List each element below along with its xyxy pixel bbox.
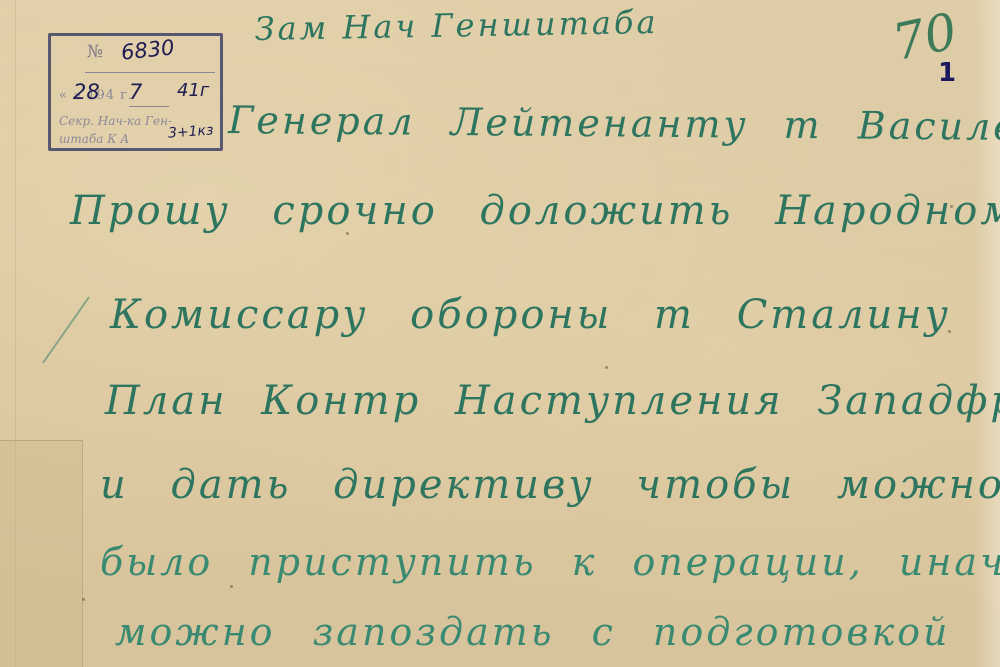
handwritten-line-6: и дать директиву чтобы можно — [100, 462, 1000, 508]
stamp-date-underline — [129, 106, 169, 107]
stamp-number-underline — [85, 72, 215, 73]
stamp-date-year: 41г — [177, 80, 209, 101]
stamp-number-value: 6830 — [120, 35, 176, 64]
pen-stroke-mark — [42, 297, 90, 364]
stamp-date-row: « » 194 г. 28 7 41г — [59, 80, 219, 110]
paper-speck — [950, 205, 953, 208]
handwritten-line-3: Прошу срочно доложить Народному — [70, 188, 1000, 234]
paper-speck — [948, 330, 951, 333]
handwritten-line-addressee-title: Зам Нач Геншитаба — [254, 3, 659, 48]
paper-speck — [605, 366, 608, 369]
sheet-number: 1 — [938, 58, 956, 88]
stamp-department-line-2: штаба К А — [59, 132, 129, 146]
handwritten-line-4: Комиссару обороны т Сталину — [110, 292, 951, 338]
paper-speck — [82, 598, 85, 601]
stamp-department-line-1: Секр. Нач-ка Ген- — [59, 114, 172, 128]
paper-speck — [346, 232, 349, 235]
stamp-number-label: № — [87, 42, 103, 62]
handwritten-line-8: можно запоздать с подготовкой — [115, 610, 951, 654]
stamp-date-day: 28 — [73, 80, 100, 104]
paper-speck — [230, 585, 233, 588]
handwritten-line-7: было приступить к операции, иначе — [100, 540, 1000, 584]
handwritten-line-5: План Контр Наступления Западфронта — [105, 378, 1000, 424]
registration-stamp: № 6830 « » 194 г. 28 7 41г Секр. Нач-ка … — [48, 33, 223, 151]
handwritten-line-addressee-name: Генерал Лейтенанту т Василевскому — [228, 98, 1000, 150]
underlying-sheet-edge — [0, 440, 83, 667]
stamp-date-month: 7 — [129, 80, 142, 104]
stamp-copies-count: 3+1кз — [167, 122, 213, 141]
document-page: № 6830 « » 194 г. 28 7 41г Секр. Нач-ка … — [0, 0, 1000, 667]
